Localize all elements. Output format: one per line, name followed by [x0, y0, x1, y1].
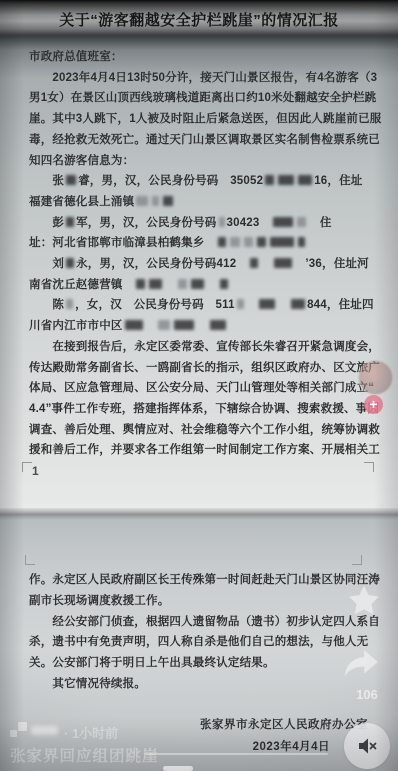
doc-line: 4.4”事件工作专班，搭建指挥体系，下辖综合协调、搜索救援、事因 — [29, 399, 373, 420]
redaction-block — [152, 196, 159, 206]
share-button[interactable] — [342, 648, 380, 685]
video-caption: 张家界回应组团跳崖 — [10, 744, 159, 766]
redaction-block — [298, 237, 305, 247]
video-progress-handle[interactable] — [163, 766, 193, 771]
doc-line: 男1女）在景区山顶西线玻璃栈道距离出口约10米处翻越安全护栏跳 — [29, 88, 373, 109]
redaction-block — [158, 320, 170, 330]
page1-corner-mark-right — [364, 462, 374, 472]
upload-time: · 1小时前 — [64, 723, 118, 742]
doc-line: 经公安部门侦查，根据四人遗留物品（遗书）初步认定四人系自 — [29, 612, 373, 633]
redaction-block — [237, 299, 244, 309]
doc-line: 崖。其中3人跳下，1人被及时阻止后紧急送医，但因此人跳崖前已服 — [29, 109, 373, 130]
doc-line: 张睿，男，汉，公民身份号码 3505216，住址 — [29, 171, 373, 192]
redaction-block — [136, 196, 148, 206]
redaction-block — [210, 320, 226, 330]
signature-date: 2023年4月4日 — [253, 738, 330, 754]
video-frame: 关于“游客翻越安全护栏跳崖”的情况汇报 市政府总值班室： 2023年4月4日13… — [0, 0, 398, 771]
doc-line: 福建省德化县上涌镇 — [29, 192, 373, 213]
logo-square-icon — [10, 730, 17, 737]
redaction-block — [230, 237, 240, 247]
uploader-avatar[interactable] — [358, 360, 393, 395]
redaction-block — [66, 175, 76, 185]
redaction-block — [273, 217, 293, 227]
logo-square-icon — [18, 722, 27, 731]
redaction-block — [259, 299, 275, 309]
redaction-block — [191, 279, 204, 289]
page1-lines: 市政府总值班室： 2023年4月4日13时50分许，接天门山景区报告，有4名游客… — [29, 47, 373, 461]
redaction-block — [163, 196, 173, 206]
document-title-band: 关于“游客翻越安全护栏跳崖”的情况汇报 — [0, 0, 398, 36]
redaction-block — [297, 217, 306, 227]
redaction-block — [278, 175, 294, 185]
redaction-block — [265, 175, 274, 185]
doc-line: 南省沈丘赵德营镇 — [29, 275, 373, 296]
signature-office: 张家界市永定区人民政府办公室 — [200, 716, 368, 732]
caption-underline — [145, 753, 328, 755]
doc-line: 援和善后工作，并要求各工作组第一时间制定工作方案、开展相关工 — [29, 440, 373, 461]
star-icon — [346, 583, 382, 619]
doc-line: 传达殿勋常务副省长、一鸥副省长的指示，组织区政府办、区文旅广 — [29, 358, 373, 379]
page2-lines: 作。永定区人民政府副区长王传殊第一时间赶赴天门山景区协同汪涛副市长现场调度救援工… — [29, 570, 373, 695]
mute-button[interactable] — [344, 723, 390, 769]
document-page-1: 市政府总值班室： 2023年4月4日13时50分许，接天门山景区报告，有4名游客… — [0, 36, 398, 508]
share-count: 106 — [348, 687, 386, 702]
doc-line: 2023年4月4日13时50分许，接天门山景区报告，有4名游客（3 — [29, 68, 373, 89]
doc-line: 作。永定区人民政府副区长王传殊第一时间赶赴天门山景区协同汪涛 — [29, 570, 373, 591]
redaction-block — [270, 237, 294, 247]
doc-line: 调查、善后处理、舆情应对、社会维稳等六个工作小组，统筹协调救 — [29, 420, 373, 441]
doc-line: 毒，经抢救无效死亡。通过天门山景区调取景区实名制售检票系统已 — [29, 130, 373, 151]
doc-line: 市政府总值班室： — [29, 47, 373, 68]
document-page-2: 作。永定区人民政府副区长王传殊第一时间赶赴天门山景区协同汪涛副市长现场调度救援工… — [0, 520, 398, 771]
doc-line: 体局、区应急管理局、区公安分局、天门山管理处等相关部门成立“ — [29, 378, 373, 399]
redaction-block — [66, 217, 74, 227]
doc-line: 副市长现场调度救援工作。 — [29, 591, 373, 612]
page2-corner-mark-right — [352, 555, 362, 565]
redaction-block — [244, 237, 253, 247]
doc-line: 彭军，男，汉，公民身份号码30423 住 — [29, 213, 373, 234]
page2-corner-mark-left — [25, 555, 35, 565]
app-logo — [10, 722, 30, 740]
redaction-block — [291, 299, 305, 309]
page1-corner-mark-left — [22, 462, 32, 472]
doc-line: 陈，女，汉 公民身份号码 511 844，住址四 — [29, 295, 373, 316]
redaction-block — [257, 237, 266, 247]
doc-line: 刘永，男，汉，公民身份号码412 ’36，住址河 — [29, 254, 373, 275]
redaction-block — [298, 175, 312, 185]
redaction-block — [66, 299, 73, 309]
redaction-block — [218, 237, 226, 247]
page-number: 1 — [32, 464, 39, 478]
redaction-block — [149, 279, 162, 289]
page-divider — [0, 508, 398, 520]
plus-icon: + — [369, 396, 377, 412]
muted-speaker-icon — [355, 734, 379, 758]
doc-line: 知四名游客信息为： — [29, 151, 373, 172]
document-title: 关于“游客翻越安全护栏跳崖”的情况汇报 — [0, 9, 398, 30]
redaction-block — [125, 320, 143, 330]
share-arrow-icon — [342, 648, 380, 680]
redaction-block — [66, 258, 74, 268]
redaction-block — [178, 279, 187, 289]
redaction-block — [219, 217, 225, 227]
doc-line: 址：河北省邯郸市临漳县柏鹤集乡 — [29, 233, 373, 254]
doc-line: 其它情况待续报。 — [29, 674, 373, 695]
uploader-name-blurred — [31, 726, 58, 735]
redaction-block — [136, 279, 145, 289]
redaction-block — [274, 258, 292, 268]
redaction-block — [250, 258, 258, 268]
doc-line: 川省内江市市中区 — [29, 316, 373, 337]
redaction-block — [174, 320, 194, 330]
doc-line: 杀，遗书中有免责声明，四人称自杀是他们自己的想法，与他人无 — [29, 632, 373, 653]
redaction-block — [220, 279, 228, 289]
doc-line: 关。公安部门将于明日上午出具最终认定结果。 — [29, 653, 373, 674]
doc-line: 在接到报告后，永定区委常委、宣传部长朱睿召开紧急调度会， — [29, 337, 373, 358]
follow-button[interactable]: + — [364, 395, 383, 414]
favorite-button[interactable] — [346, 583, 382, 624]
